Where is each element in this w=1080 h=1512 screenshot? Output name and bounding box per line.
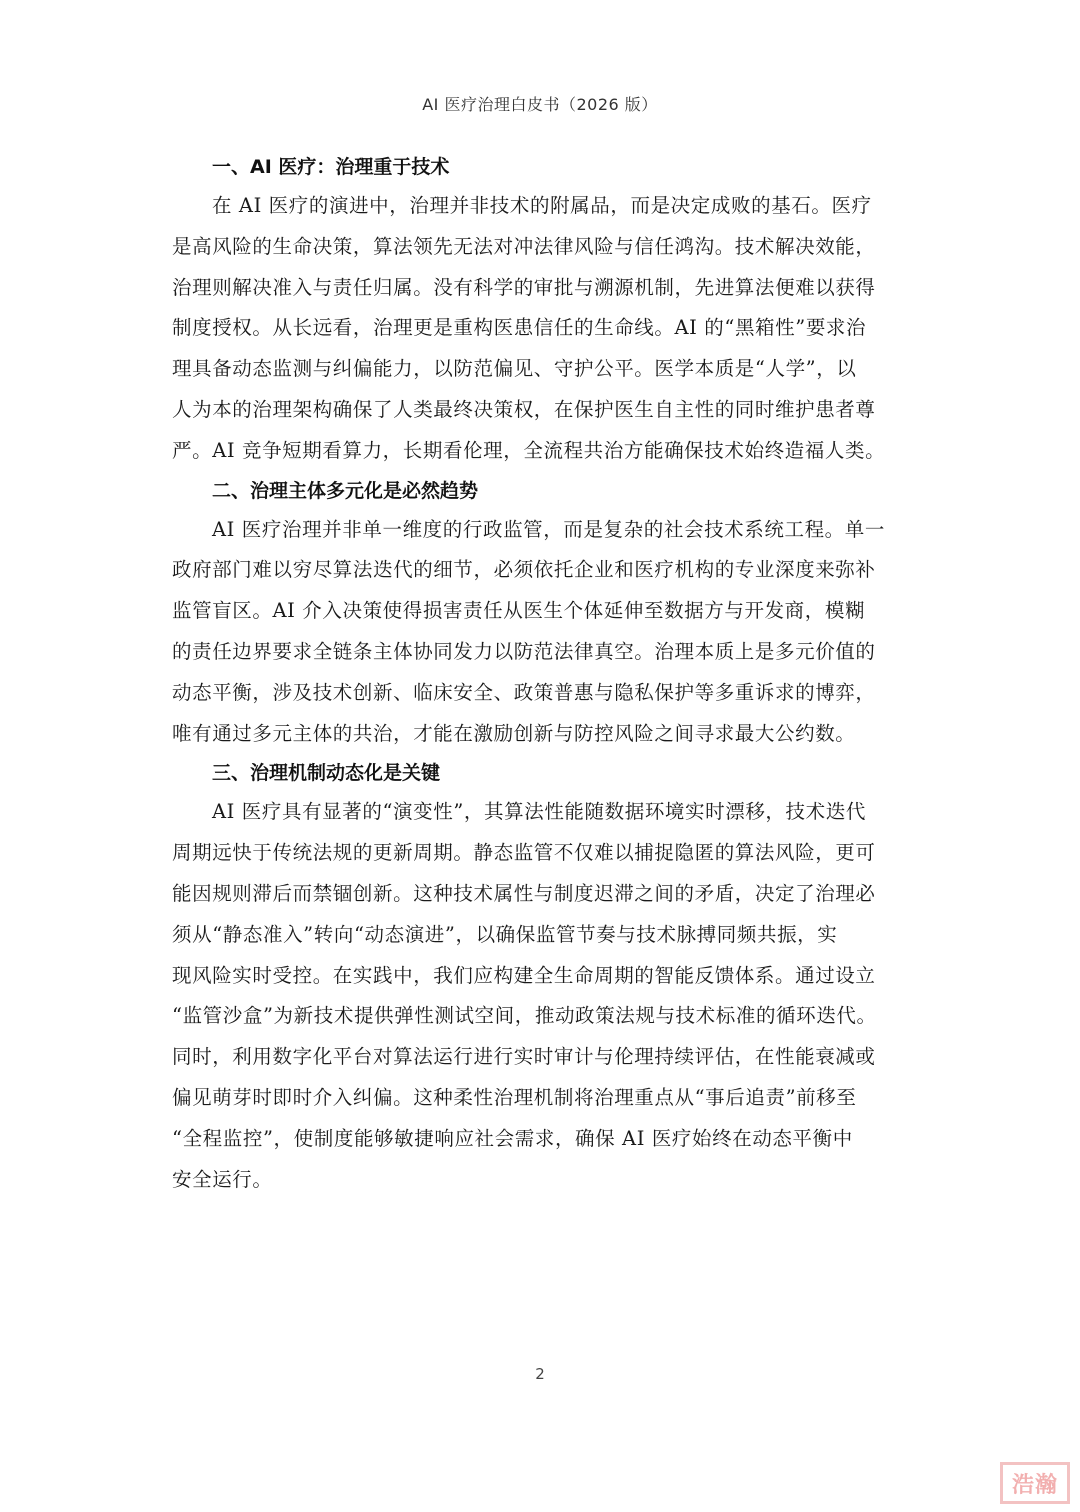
paragraph-line: 现风险实时受控。在实践中，我们应构建全生命周期的智能反馈体系。通过设立 — [172, 956, 917, 997]
paragraph-line: 理具备动态监测与纠偏能力，以防范偏见、守护公平。医学本质是“人学”，以 — [172, 349, 917, 390]
paragraph-line: 偏见萌芽时即时介入纠偏。这种柔性治理机制将治理重点从“事后追责”前移至 — [172, 1078, 917, 1119]
paragraph-line: “全程监控”，使制度能够敏捷响应社会需求，确保 AI 医疗始终在动态平衡中 — [172, 1119, 917, 1160]
paragraph-line: 须从“静态准入”转向“动态演进”，以确保监管节奏与技术脉搏同频共振，实 — [172, 915, 917, 956]
paragraph-line: “监管沙盒”为新技术提供弹性测试空间，推动政策法规与技术标准的循环迭代。 — [172, 996, 917, 1037]
watermark-seal-icon: 浩瀚 — [1000, 1462, 1070, 1504]
paragraph-line: 动态平衡，涉及技术创新、临床安全、政策普惠与隐私保护等多重诉求的博弈， — [172, 673, 917, 714]
paragraph-line: 人为本的治理架构确保了人类最终决策权，在保护医生自主性的同时维护患者尊 — [172, 390, 917, 431]
section-heading-1: 一、AI 医疗：治理重于技术 — [172, 148, 917, 186]
watermark-text: 浩瀚 — [1012, 1468, 1058, 1499]
paragraph-line: 能因规则滞后而禁锢创新。这种技术属性与制度迟滞之间的矛盾，决定了治理必 — [172, 874, 917, 915]
paragraph-line: 同时，利用数字化平台对算法运行进行实时审计与伦理持续评估，在性能衰减或 — [172, 1037, 917, 1078]
paragraph-line: 严。AI 竞争短期看算力，长期看伦理，全流程共治方能确保技术始终造福人类。 — [172, 431, 917, 472]
section-1-paragraph: 在 AI 医疗的演进中，治理并非技术的附属品，而是决定成败的基石。医疗 是高风险… — [172, 186, 917, 472]
paragraph-line: 制度授权。从长远看，治理更是重构医患信任的生命线。AI 的“黑箱性”要求治 — [172, 308, 917, 349]
section-2-paragraph: AI 医疗治理并非单一维度的行政监管，而是复杂的社会技术系统工程。单一 政府部门… — [172, 510, 917, 755]
section-3-paragraph: AI 医疗具有显著的“演变性”，其算法性能随数据环境实时漂移，技术迭代 周期远快… — [172, 792, 917, 1200]
paragraph-line: 在 AI 医疗的演进中，治理并非技术的附属品，而是决定成败的基石。医疗 — [172, 186, 917, 227]
document-running-header: AI 医疗治理白皮书（2026 版） — [0, 92, 1080, 115]
document-body: 一、AI 医疗：治理重于技术 在 AI 医疗的演进中，治理并非技术的附属品，而是… — [172, 148, 917, 1200]
section-heading-2: 二、治理主体多元化是必然趋势 — [172, 472, 917, 510]
paragraph-line: 唯有通过多元主体的共治，才能在激励创新与防控风险之间寻求最大公约数。 — [172, 714, 917, 755]
section-heading-3: 三、治理机制动态化是关键 — [172, 754, 917, 792]
paragraph-line: 周期远快于传统法规的更新周期。静态监管不仅难以捕捉隐匿的算法风险，更可 — [172, 833, 917, 874]
page-number: 2 — [0, 1365, 1080, 1383]
paragraph-line: 是高风险的生命决策，算法领先无法对冲法律风险与信任鸿沟。技术解决效能， — [172, 227, 917, 268]
paragraph-line: 监管盲区。AI 介入决策使得损害责任从医生个体延伸至数据方与开发商，模糊 — [172, 591, 917, 632]
paragraph-line: AI 医疗具有显著的“演变性”，其算法性能随数据环境实时漂移，技术迭代 — [172, 792, 917, 833]
paragraph-line: 治理则解决准入与责任归属。没有科学的审批与溯源机制，先进算法便难以获得 — [172, 268, 917, 309]
paragraph-line: 的责任边界要求全链条主体协同发力以防范法律真空。治理本质上是多元价值的 — [172, 632, 917, 673]
paragraph-line: 安全运行。 — [172, 1160, 917, 1201]
paragraph-line: AI 医疗治理并非单一维度的行政监管，而是复杂的社会技术系统工程。单一 — [172, 510, 917, 551]
paragraph-line: 政府部门难以穷尽算法迭代的细节，必须依托企业和医疗机构的专业深度来弥补 — [172, 550, 917, 591]
